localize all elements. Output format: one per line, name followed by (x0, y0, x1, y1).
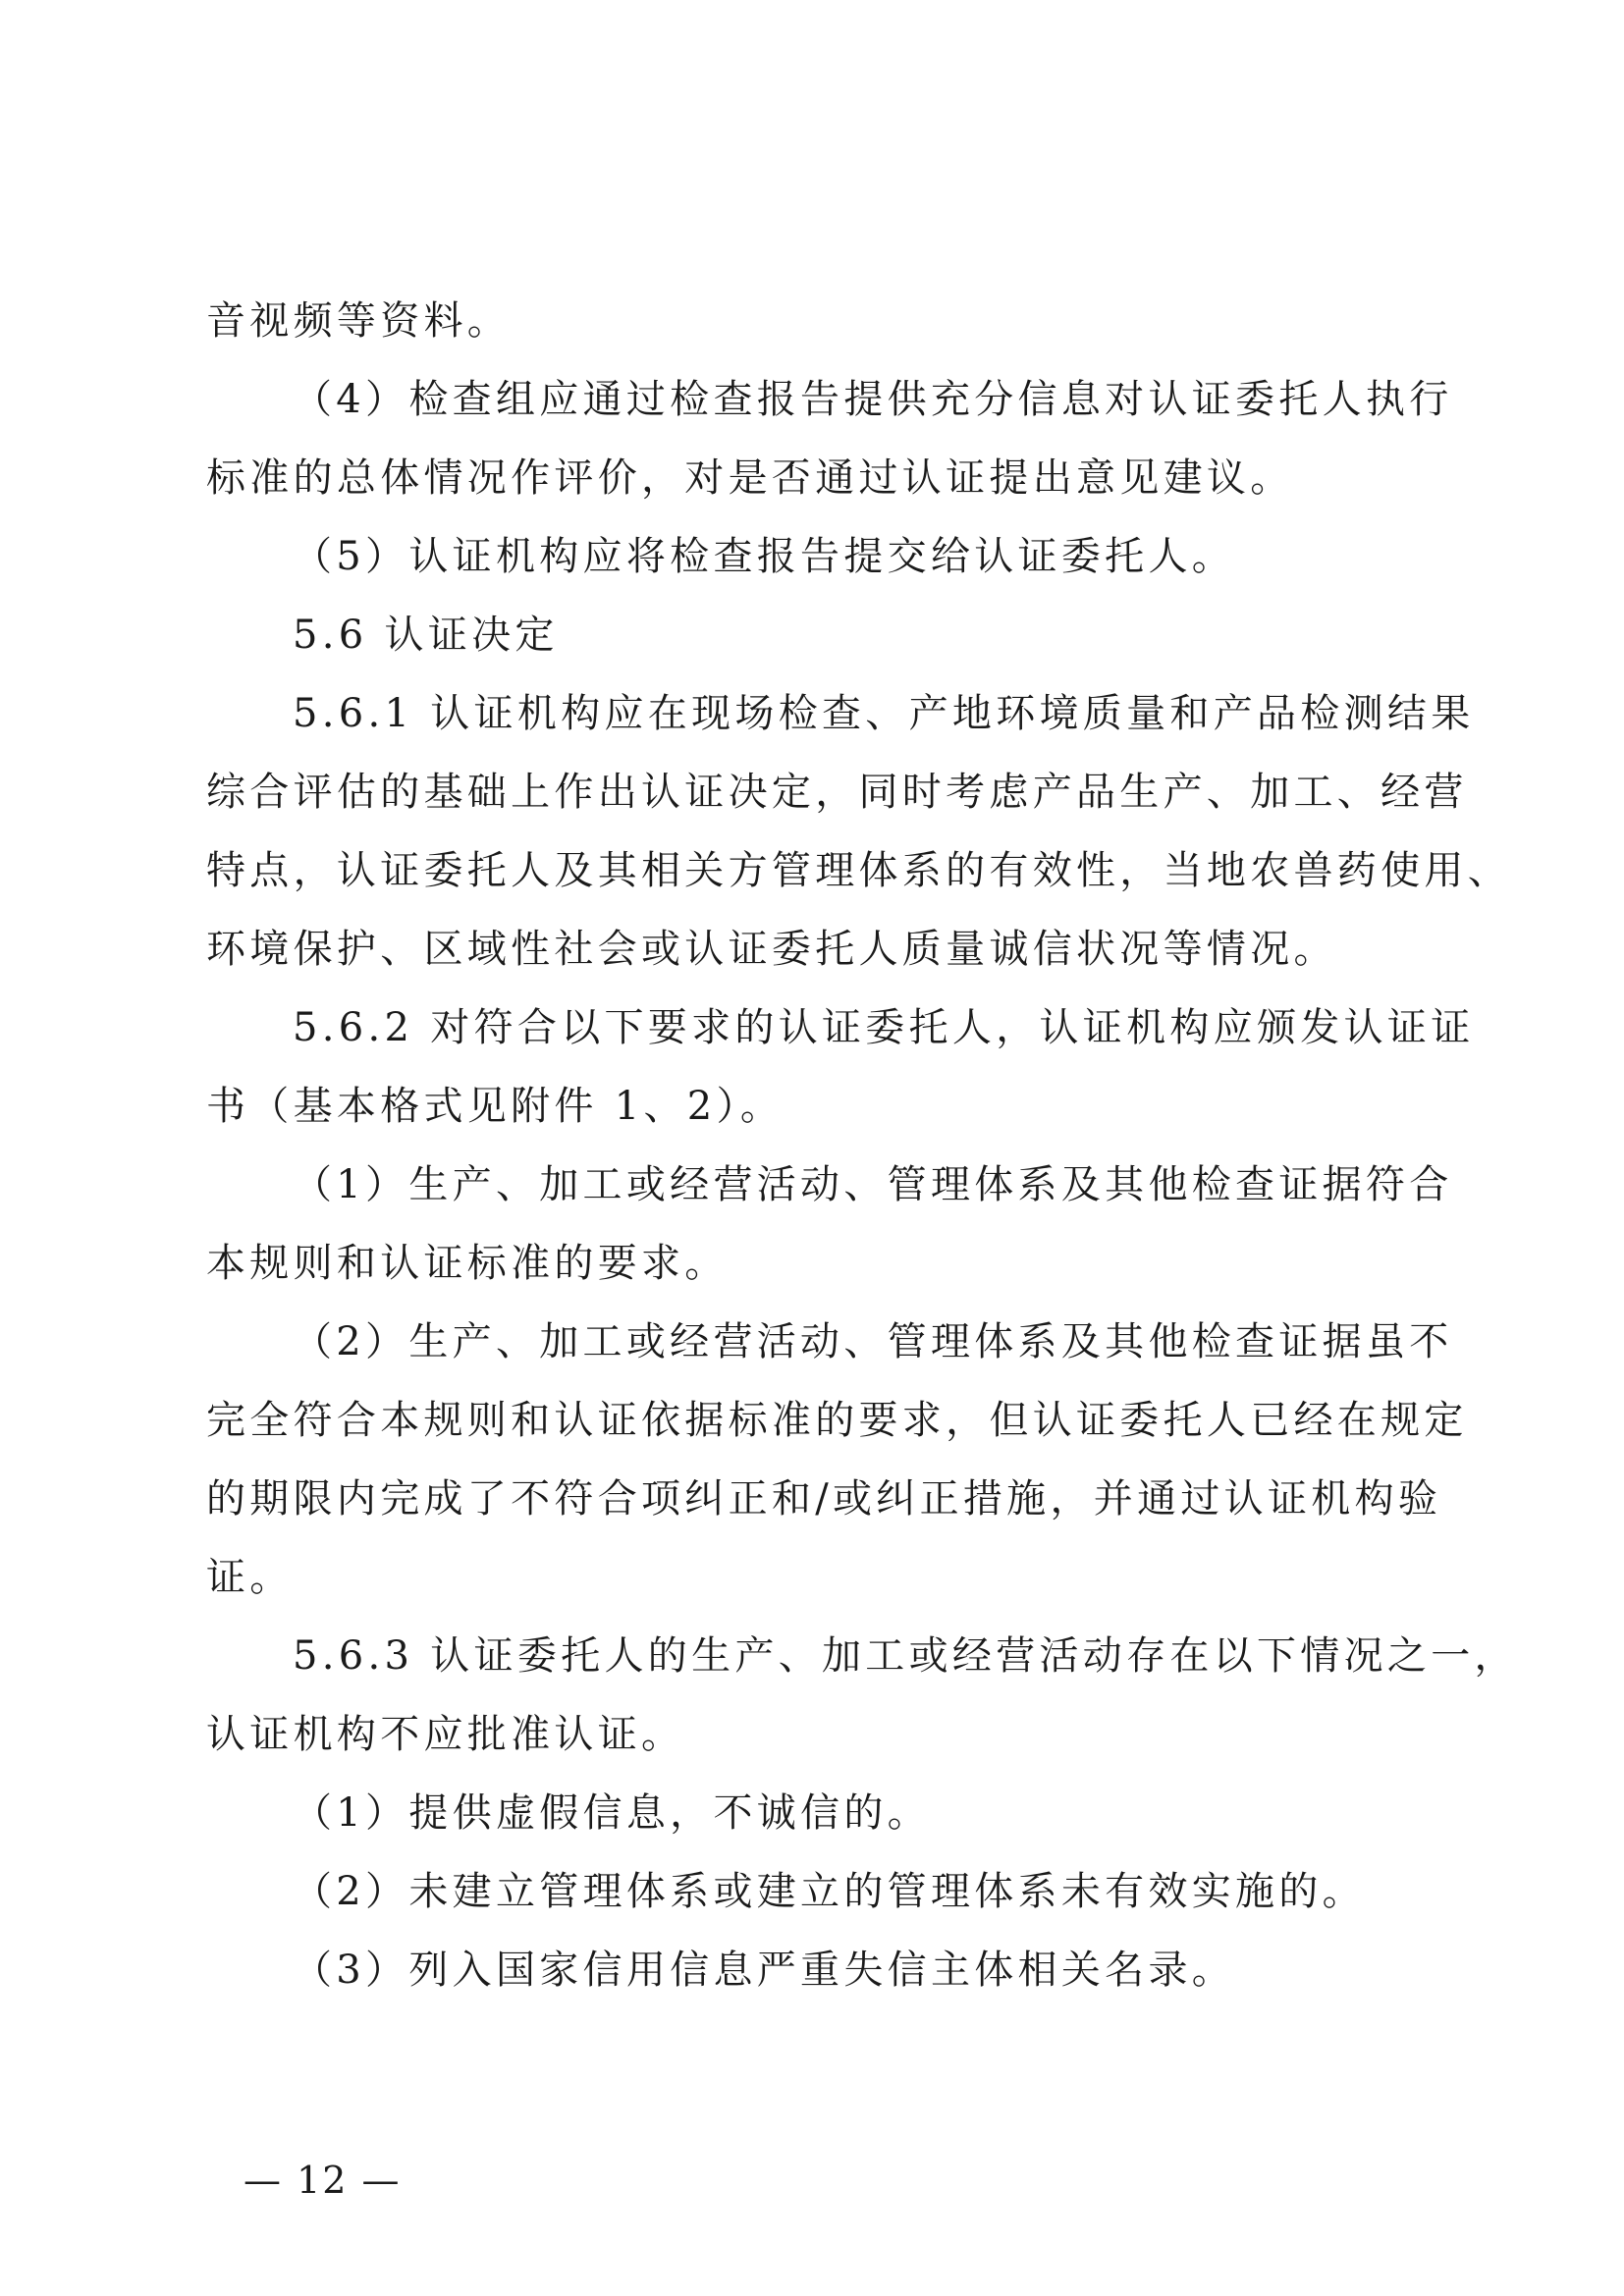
list-item-line: （3）列入国家信用信息严重失信主体相关名录。 (293, 1947, 1235, 1994)
list-item-line: （1）提供虚假信息，不诚信的。 (293, 1789, 931, 1837)
paragraph-line: 特点，认证委托人及其相关方管理体系的有效性，当地农兽药使用、 (206, 847, 1511, 894)
paragraph-line: 综合评估的基础上作出认证决定，同时考虑产品生产、加工、经营 (206, 769, 1468, 816)
page-number: — 12 — (244, 2157, 402, 2204)
paragraph-line: 5.6.1 认证机构应在现场检查、产地环境质量和产品检测结果 (293, 690, 1475, 737)
list-item-line: （2）生产、加工或经营活动、管理体系及其他检查证据虽不 (293, 1318, 1453, 1365)
paragraph-line: （5）认证机构应将检查报告提交给认证委托人。 (293, 533, 1235, 580)
section-heading: 5.6 认证决定 (293, 612, 559, 659)
paragraph-line: （4）检查组应通过检查报告提供充分信息对认证委托人执行 (293, 376, 1453, 423)
paragraph-line: 音视频等资料。 (206, 297, 511, 345)
paragraph-line: 标准的总体情况作评价，对是否通过认证提出意见建议。 (206, 454, 1294, 502)
list-item-line: 证。 (206, 1554, 294, 1601)
list-item-line: （1）生产、加工或经营活动、管理体系及其他检查证据符合 (293, 1161, 1453, 1208)
paragraph-line: 5.6.2 对符合以下要求的认证委托人，认证机构应颁发认证证 (293, 1004, 1475, 1051)
list-item-line: 本规则和认证标准的要求。 (206, 1240, 729, 1287)
paragraph-line: 认证机构不应批准认证。 (206, 1711, 684, 1758)
paragraph-line: 书（基本格式见附件 1、2）。 (206, 1083, 784, 1130)
list-item-line: 完全符合本规则和认证依据标准的要求，但认证委托人已经在规定 (206, 1397, 1468, 1444)
document-page: 音视频等资料。 （4）检查组应通过检查报告提供充分信息对认证委托人执行 标准的总… (0, 0, 1624, 2296)
paragraph-line: 环境保护、区域性社会或认证委托人质量诚信状况等情况。 (206, 926, 1337, 973)
paragraph-line: 5.6.3 认证委托人的生产、加工或经营活动存在以下情况之一， (293, 1632, 1518, 1680)
list-item-line: 的期限内完成了不符合项纠正和/或纠正措施，并通过认证机构验 (206, 1475, 1441, 1522)
list-item-line: （2）未建立管理体系或建立的管理体系未有效实施的。 (293, 1868, 1366, 1915)
